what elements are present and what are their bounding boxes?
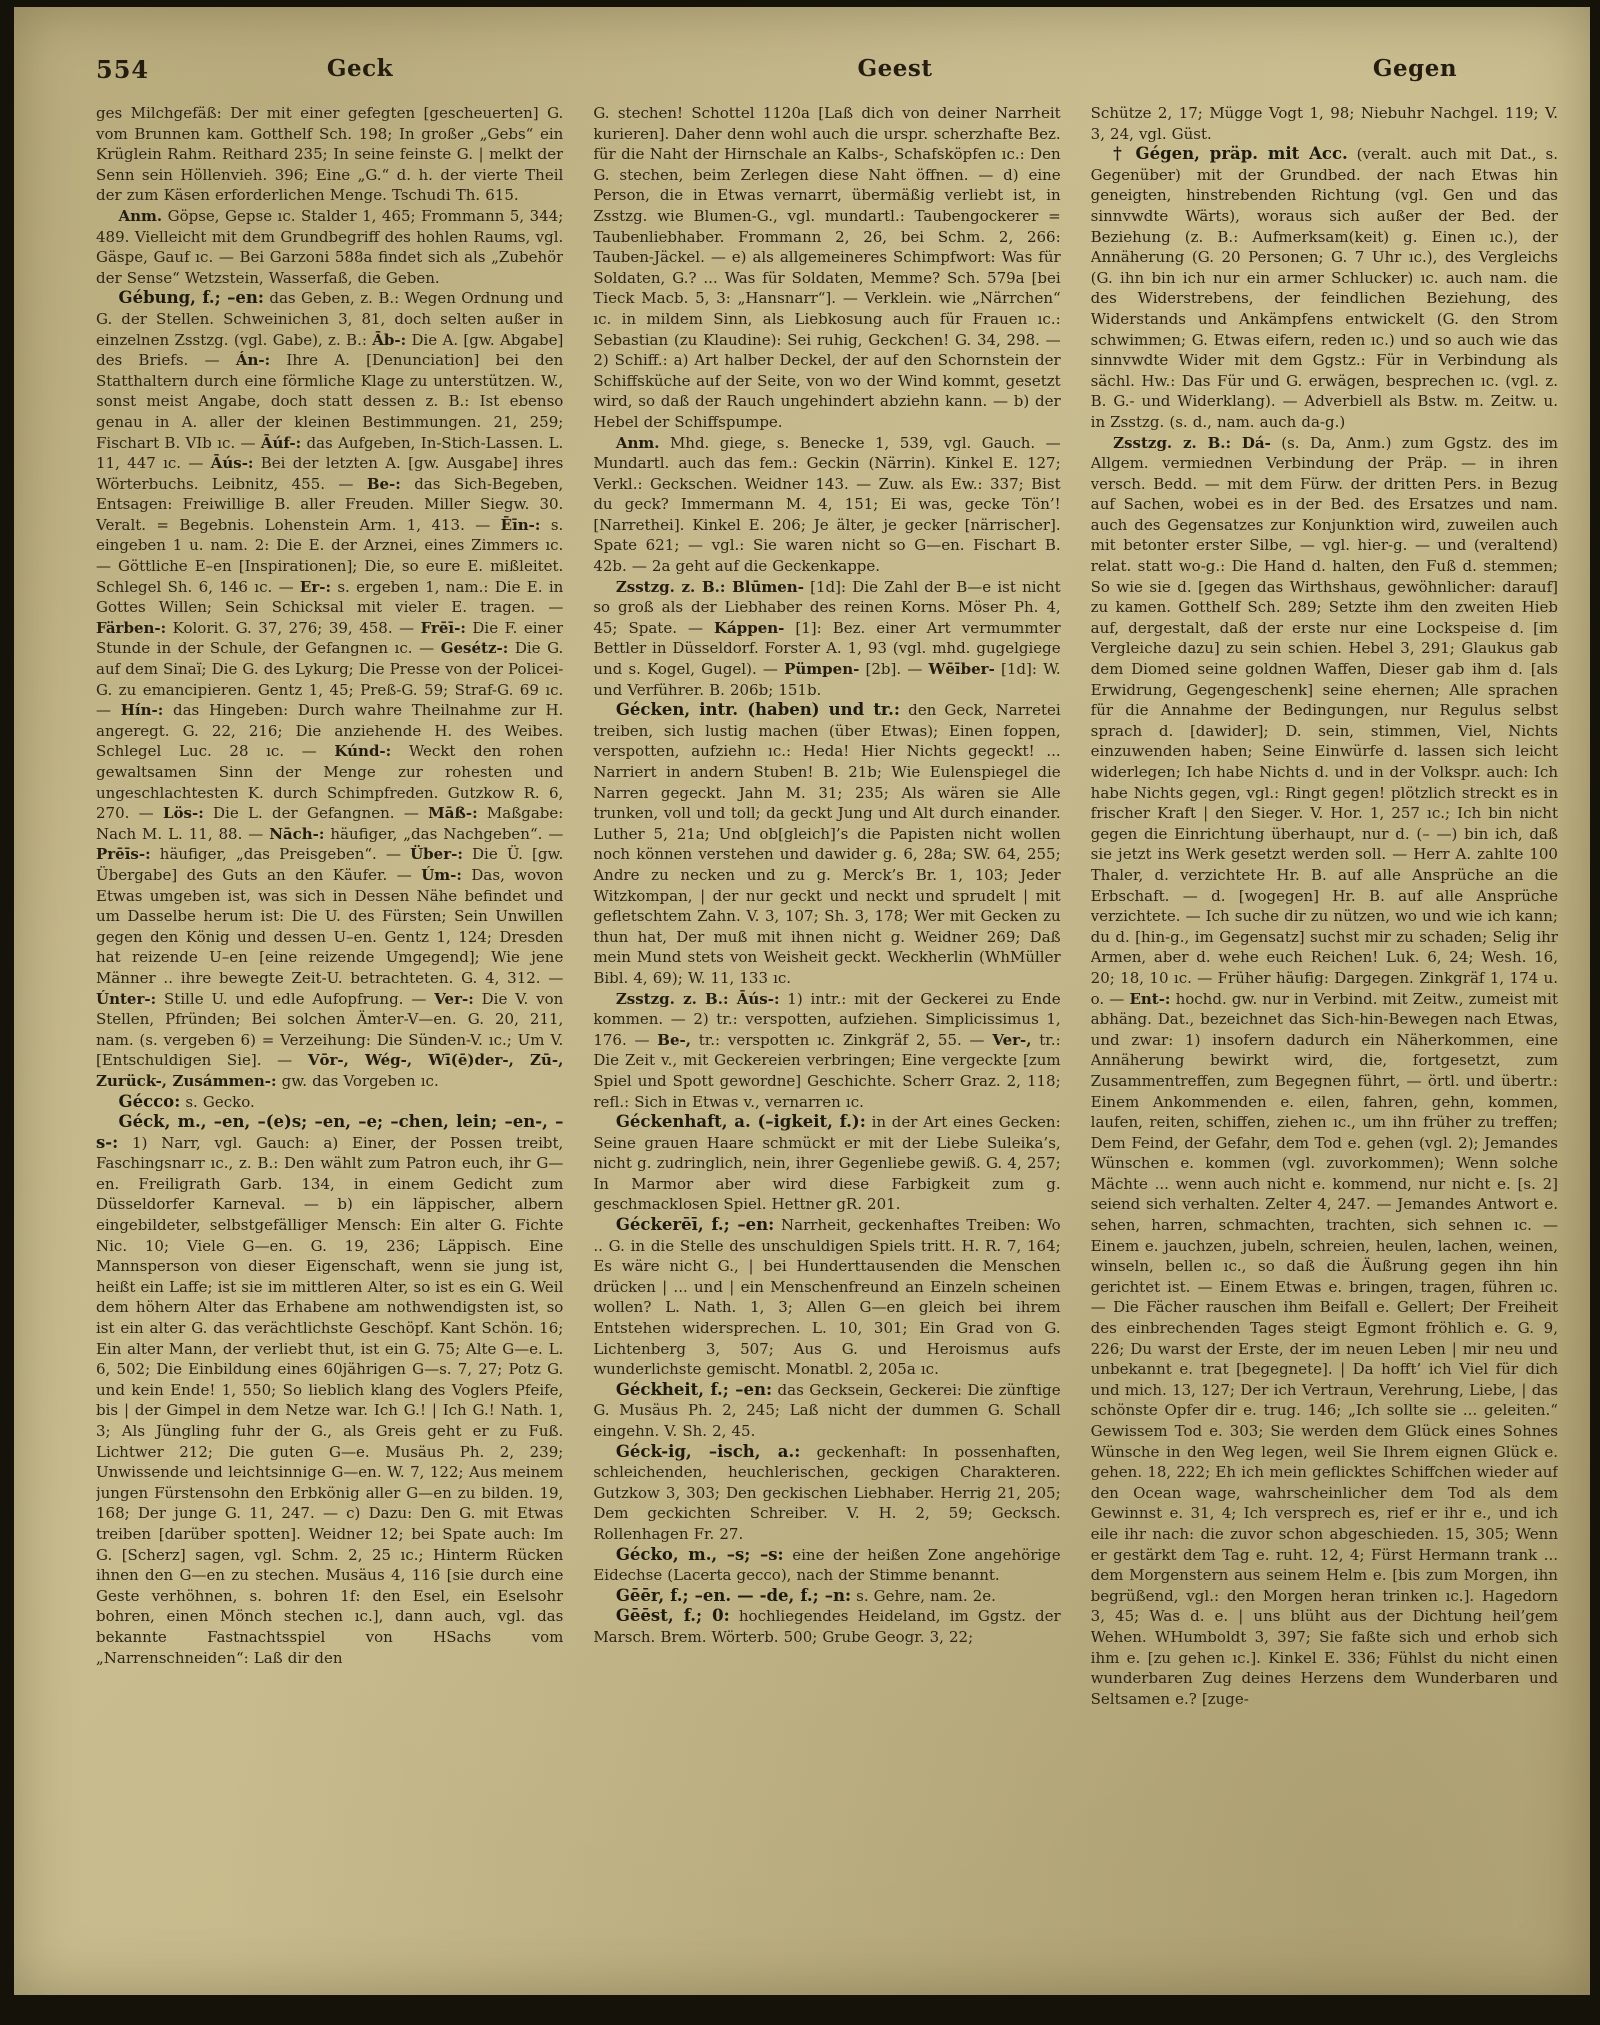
text-segment: (veralt. auch mit Dat., s. Gegenüber) mi… [1091, 145, 1558, 431]
text-column: ges Milchgefäß: Der mit einer gefegten [… [96, 103, 563, 1955]
headword: Āb-: [372, 331, 406, 349]
headword: Án-: [236, 351, 270, 369]
text-segment: hochd. gw. nur in Verbind. mit Zeitw., z… [1091, 990, 1558, 1708]
text-segment: 1) Narr, vgl. Gauch: a) Einer, der Posse… [96, 1134, 563, 1667]
headword: Āúf-: [261, 434, 301, 452]
text-segment: [2b]. — [859, 660, 928, 678]
text-segment: häufiger, „das Preisgeben“. — [151, 845, 410, 863]
headword: Géckenhaft, a. (–igkeit, f.): [616, 1112, 866, 1131]
headword: Géckerēī, f.; –en: [616, 1215, 774, 1234]
text-column: Schütze 2, 17; Mügge Vogt 1, 98; Niebuhr… [1091, 103, 1558, 1955]
headword: Lös-: [163, 804, 204, 822]
text-segment: Mhd. giege, s. Benecke 1, 539, vgl. Gauc… [593, 434, 1060, 576]
paragraph: † Gégen, präp. mit Acc. (veralt. auch mi… [1091, 144, 1558, 432]
text-segment: Kolorit. G. 37, 276; 39, 458. — [166, 619, 420, 637]
text-segment: Stille U. und edle Aufopfrung. — [156, 990, 434, 1008]
text-column: G. stechen! Schottel 1120a [Laß dich von… [593, 103, 1060, 1955]
paragraph: Gécken, intr. (haben) und tr.: den Geck,… [593, 700, 1060, 988]
text-segment: gw. das Vorgeben ıc. [277, 1072, 439, 1090]
running-header: 554 Geck Geest Gegen [14, 55, 1590, 91]
headword: † Gégen, präp. mit Acc. [1113, 144, 1348, 163]
headword: Ver-, [992, 1031, 1031, 1049]
text-segment: Die L. der Gefangnen. — [204, 804, 428, 822]
paragraph: Gécko, m., –s; –s: eine der heißen Zone … [593, 1545, 1060, 1586]
headword: Über-: [410, 845, 463, 863]
headword: Be-: [367, 475, 401, 493]
text-segment: den Geck, Narretei treiben, sich lustig … [593, 701, 1060, 987]
headword: Be-, [657, 1031, 691, 1049]
headword: Gébung, f.; –en: [119, 288, 264, 307]
text-segment: Göpse, Gepse ıc. Stalder 1, 465; Fromman… [96, 207, 563, 287]
headword: Géckheit, f.; –en: [616, 1380, 772, 1399]
paragraph: ges Milchgefäß: Der mit einer gefegten [… [96, 103, 563, 206]
text-columns: ges Milchgefäß: Der mit einer gefegten [… [96, 103, 1558, 1955]
paragraph: Gēēr, f.; –en. — -de, f.; –n: s. Gehre, … [593, 1586, 1060, 1607]
headword: Gécco: [119, 1092, 181, 1111]
headword: Úm-: [421, 866, 462, 884]
headword: Pümpen- [784, 660, 859, 678]
running-head-gegen: Gegen [1295, 55, 1535, 82]
headword: Gēēr, f.; –en. — -de, f.; –n: [616, 1586, 851, 1605]
page: 554 Geck Geest Gegen ges Milchgefäß: Der… [14, 7, 1590, 1995]
headword: Ver-: [434, 990, 473, 1008]
headword: Ent-: [1129, 990, 1170, 1008]
headword: Färben-: [96, 619, 166, 637]
headword: Zsstzg. z. B.: Dá- [1113, 434, 1271, 452]
headword: Géck-ig, –isch, a.: [616, 1442, 801, 1461]
paragraph: Zsstzg. z. B.: Dá- (s. Da, Anm.) zum Ggs… [1091, 433, 1558, 1710]
text-segment: Das, wovon Etwas umgeben ist, was sich i… [96, 866, 563, 987]
headword: Hín-: [121, 701, 164, 719]
text-segment: ges Milchgefäß: Der mit einer gefegten [… [96, 104, 563, 204]
paragraph: Géckheit, f.; –en: das Gecksein, Geckere… [593, 1380, 1060, 1442]
headword: Káppen- [714, 619, 784, 637]
text-segment: Schütze 2, 17; Mügge Vogt 1, 98; Niebuhr… [1091, 104, 1558, 143]
headword: Kúnd-: [334, 742, 391, 760]
page-number: 554 [96, 55, 149, 84]
paragraph: Géck-ig, –isch, a.: geckenhaft: In posse… [593, 1442, 1060, 1545]
headword: Anm. [616, 434, 660, 452]
headword: Āús-: [211, 454, 254, 472]
headword: Anm. [119, 207, 163, 225]
paragraph: G. stechen! Schottel 1120a [Laß dich von… [593, 103, 1060, 433]
headword: Nāch-: [269, 825, 324, 843]
paragraph: Anm. Mhd. giege, s. Benecke 1, 539, vgl.… [593, 433, 1060, 577]
paragraph: Anm. Göpse, Gepse ıc. Stalder 1, 465; Fr… [96, 206, 563, 288]
running-head-geck: Geck [240, 55, 480, 82]
text-segment: (s. Da, Anm.) zum Ggstz. des im Allgem. … [1091, 434, 1558, 1008]
headword: Gécken, intr. (haben) und tr.: [616, 700, 900, 719]
headword: Gesétz-: [441, 639, 509, 657]
text-segment: s. Gehre, nam. 2e. [851, 1587, 996, 1605]
text-segment: tr.: verspotten ıc. Zinkgräf 2, 55. — [691, 1031, 992, 1049]
headword: Er-: [300, 578, 331, 596]
headword: Zsstzg. z. B.: Blūmen- [616, 578, 804, 596]
scanned-dictionary-page: { "page": { "number": "554", "running_he… [0, 0, 1600, 2025]
running-head-geest: Geest [775, 55, 1015, 82]
paragraph: Schütze 2, 17; Mügge Vogt 1, 98; Niebuhr… [1091, 103, 1558, 144]
paragraph: Géckerēī, f.; –en: Narrheit, geckenhafte… [593, 1215, 1060, 1380]
headword: Ēīn-: [501, 516, 541, 534]
headword: Únter-: [96, 990, 156, 1008]
headword: Wēīber- [929, 660, 995, 678]
paragraph: Gécco: s. Gecko. [96, 1092, 563, 1113]
headword: Frēī-: [421, 619, 466, 637]
text-segment: häufiger, „das Nachgeben“. — [324, 825, 563, 843]
text-segment: Narrheit, geckenhaftes Treiben: Wo .. G.… [593, 1216, 1060, 1378]
headword: Gēēst, f.; 0: [616, 1606, 730, 1625]
headword: Māß-: [428, 804, 477, 822]
headword: Prēīs-: [96, 845, 151, 863]
text-segment: G. stechen! Schottel 1120a [Laß dich von… [593, 104, 1060, 431]
headword: Zsstzg. z. B.: Āús-: [616, 990, 780, 1008]
paragraph: Gébung, f.; –en: das Geben, z. B.: Wegen… [96, 288, 563, 1091]
headword: Gécko, m., –s; –s: [616, 1545, 784, 1564]
text-segment: s. Gecko. [180, 1093, 255, 1111]
paragraph: Zsstzg. z. B.: Blūmen- [1d]: Die Zahl de… [593, 577, 1060, 701]
paragraph: Géck, m., –en, –(e)s; –en, –e; –chen, le… [96, 1112, 563, 1668]
paragraph: Zsstzg. z. B.: Āús-: 1) intr.: mit der G… [593, 989, 1060, 1113]
paragraph: Gēēst, f.; 0: hochliegendes Heideland, i… [593, 1606, 1060, 1647]
paragraph: Géckenhaft, a. (–igkeit, f.): in der Art… [593, 1112, 1060, 1215]
